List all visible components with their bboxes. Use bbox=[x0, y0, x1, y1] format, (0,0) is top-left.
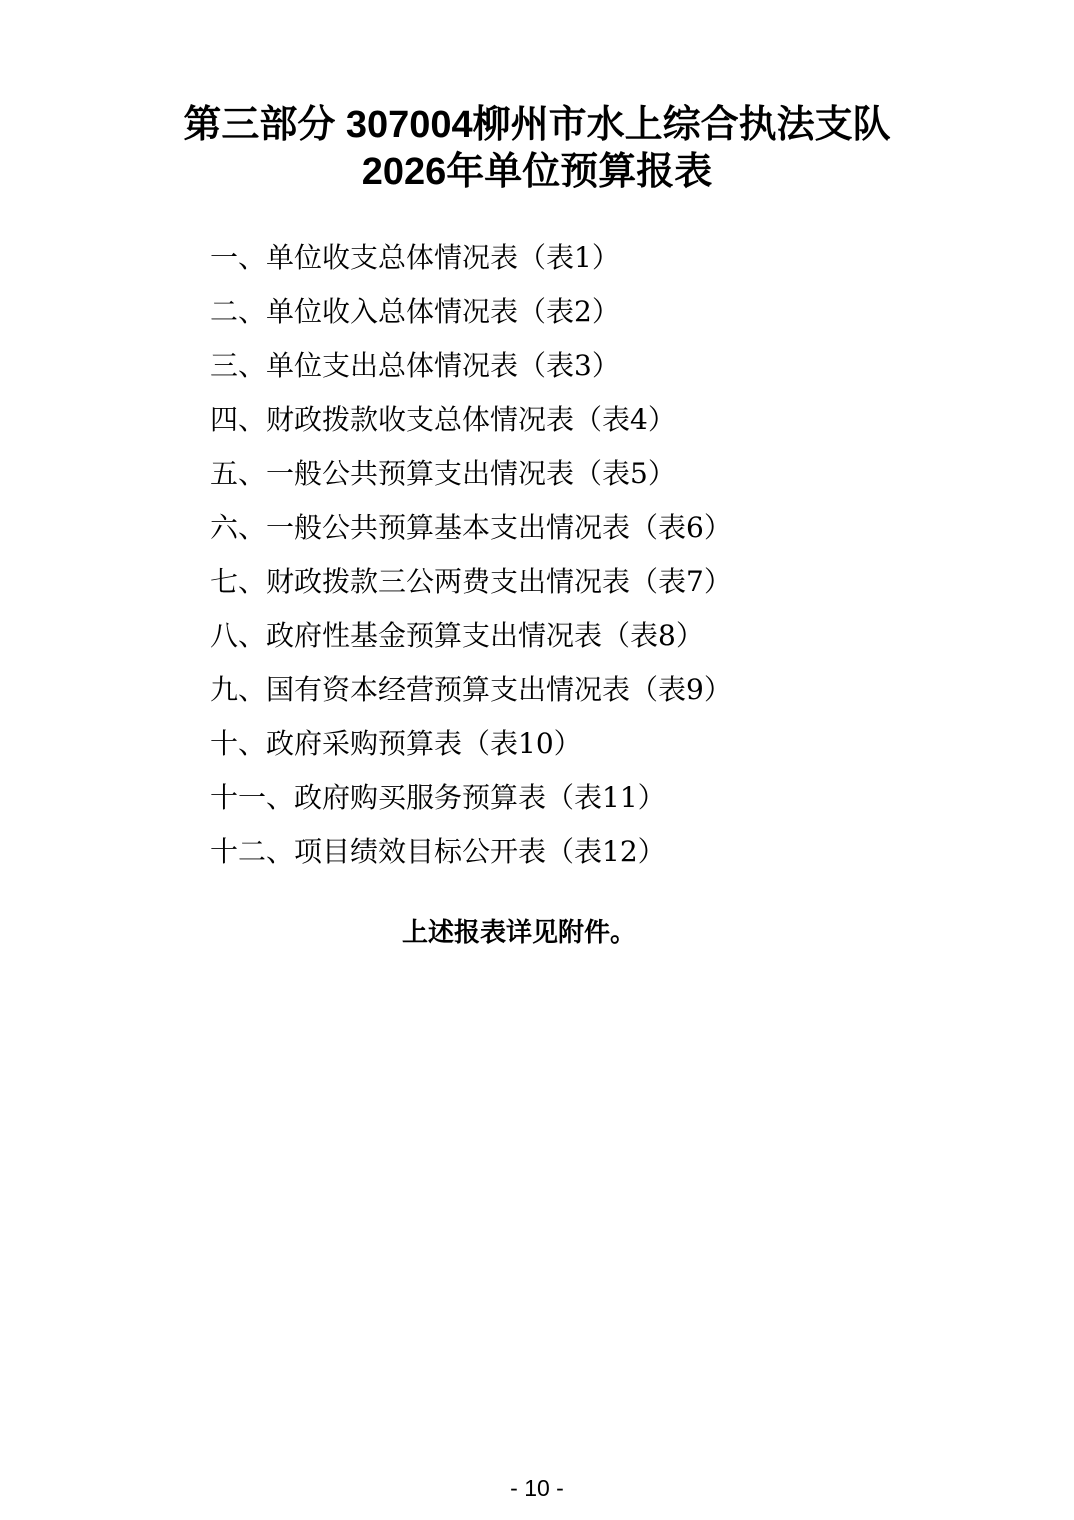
page-number: - 10 - bbox=[0, 1475, 1074, 1502]
toc-item-1: 一、单位收支总体情况表（表1） bbox=[210, 244, 1014, 272]
toc-item-8: 八、政府性基金预算支出情况表（表8） bbox=[210, 622, 1014, 650]
toc-item-12: 十二、项目绩效目标公开表（表12） bbox=[210, 838, 1014, 866]
toc-item-11: 十一、政府购买服务预算表（表11） bbox=[210, 784, 1014, 812]
toc-item-6: 六、一般公共预算基本支出情况表（表6） bbox=[210, 514, 1014, 542]
document-page: 第三部分 307004柳州市水上综合执法支队 2026年单位预算报表 一、单位收… bbox=[0, 0, 1074, 1520]
page-title: 第三部分 307004柳州市水上综合执法支队 2026年单位预算报表 bbox=[0, 102, 1074, 196]
page-title-line1: 第三部分 307004柳州市水上综合执法支队 bbox=[0, 102, 1074, 149]
page-title-line2: 2026年单位预算报表 bbox=[0, 149, 1074, 196]
toc-item-10: 十、政府采购预算表（表10） bbox=[210, 730, 1014, 758]
toc-item-3: 三、单位支出总体情况表（表3） bbox=[210, 352, 1014, 380]
toc-item-5: 五、一般公共预算支出情况表（表5） bbox=[210, 460, 1014, 488]
toc-item-2: 二、单位收入总体情况表（表2） bbox=[210, 298, 1014, 326]
attachment-note: 上述报表详见附件。 bbox=[0, 918, 1074, 948]
table-of-contents: 一、单位收支总体情况表（表1） 二、单位收入总体情况表（表2） 三、单位支出总体… bbox=[210, 244, 1014, 866]
toc-item-9: 九、国有资本经营预算支出情况表（表9） bbox=[210, 676, 1014, 704]
toc-item-7: 七、财政拨款三公两费支出情况表（表7） bbox=[210, 568, 1014, 596]
toc-item-4: 四、财政拨款收支总体情况表（表4） bbox=[210, 406, 1014, 434]
